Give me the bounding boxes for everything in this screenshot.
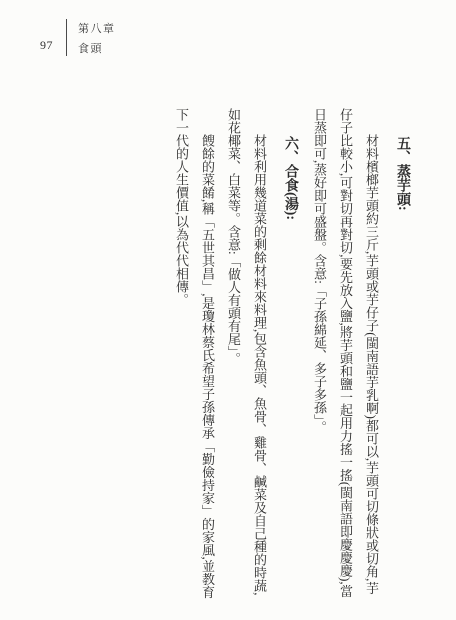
section-6-paragraph-1: 材料利用幾道菜的剩餘材料來料理,包含魚頭、魚骨、雞骨、鹹菜及自己種的時蔬,如花椰… (220, 108, 272, 604)
section-5-heading: 五、蒸芋頭: (389, 108, 415, 604)
chapter-block: 第八章 食頭 (78, 19, 116, 56)
book-page: 97 第八章 食頭 五、蒸芋頭: 材料檳榔芋頭約三斤,芋頭或芋仔子(閩南語芋乳啊… (0, 0, 456, 620)
section-6-paragraph-2: 餿餘的菜餚,稱「五世其昌」,是瓊林蔡氏希望子孫傳承「勤儉持家」的家風,並教育下一… (168, 108, 220, 604)
vertical-text-block: 五、蒸芋頭: 材料檳榔芋頭約三斤,芋頭或芋仔子(閩南語芋乳啊)都可以,芋頭可切條… (168, 108, 418, 604)
chapter-subtitle: 食頭 (78, 40, 116, 56)
section-5-body: 材料檳榔芋頭約三斤,芋頭或芋仔子(閩南語芋乳啊)都可以,芋頭可切條狀或切角,芋仔… (306, 108, 384, 604)
running-head: 97 第八章 食頭 (40, 19, 116, 56)
page-number: 97 (40, 38, 53, 56)
header-divider-line (66, 19, 67, 56)
chapter-title: 第八章 (78, 20, 116, 36)
section-6-heading: 六、合食(湯): (277, 108, 303, 604)
